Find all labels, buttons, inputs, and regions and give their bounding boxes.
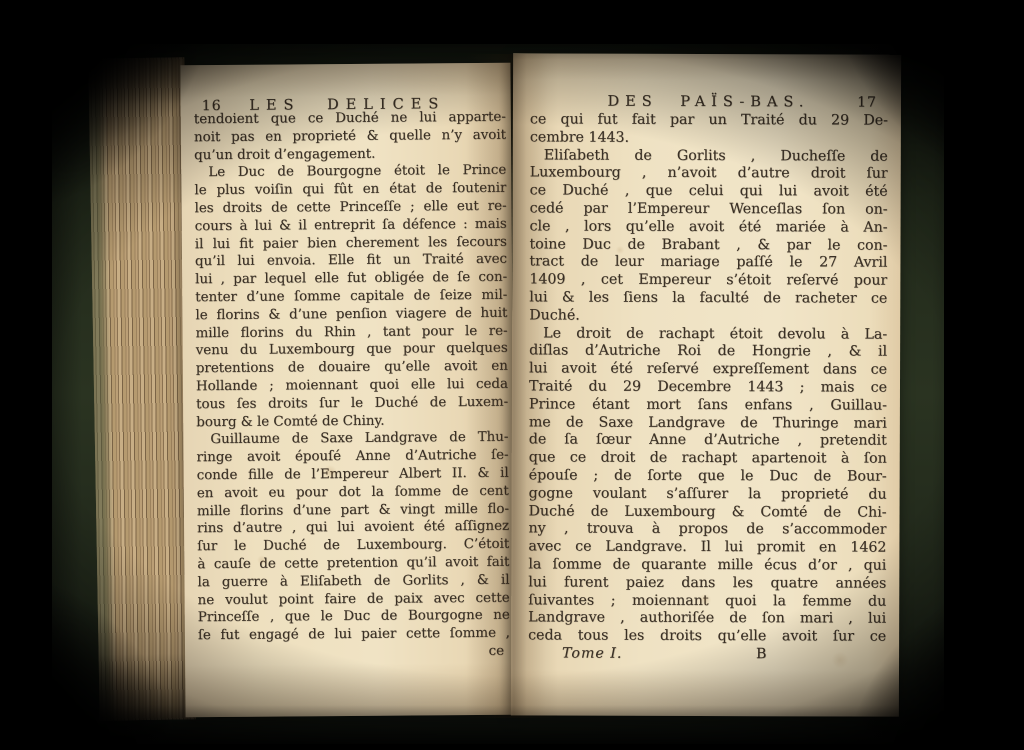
text-line: Luxembourg , n’avoit d’autre droit ſur — [530, 165, 888, 184]
left-page-text: tendoient que ce Duché ne lui apparte-no… — [194, 109, 510, 663]
catchword: ce — [198, 643, 510, 663]
text-line: Le droit de rachapt étoit devolu à La- — [529, 325, 887, 344]
text-line: la ſomme de quarante mille écus d’or , q… — [528, 556, 886, 575]
text-line: ringe avoit épouſé Anne d’Autriche ſe- — [196, 447, 508, 467]
text-line: la guerre à Eliſabeth de Gorlits , & il — [197, 571, 509, 591]
text-line: 1409 , cet Empereur s’étoit reſervé pour — [529, 272, 887, 291]
right-page-text: ce qui fut fait par un Traité du 29 De-c… — [528, 111, 888, 646]
text-line: me de Saxe Landgrave de Thuringe mari — [529, 414, 887, 433]
right-page-number: 17 — [857, 95, 877, 111]
text-line: lui & les ſiens la faculté de racheter c… — [529, 289, 887, 308]
text-line: Eliſabeth de Gorlits , Ducheſſe de — [530, 147, 888, 166]
text-line: cle , lors qu’elle avoit été mariée à An… — [530, 218, 888, 237]
text-line: conde fille de l’Empereur Albert II. & i… — [197, 465, 509, 485]
text-line: cours à lui & il entreprit ſa défence : … — [195, 216, 507, 236]
text-line: avec ce Landgrave. Il lui promit en 1462 — [528, 539, 886, 558]
signature-mark: B — [756, 646, 766, 662]
text-line: ceda tous les droits qu’elle avoit ſur c… — [528, 627, 886, 646]
text-line: tenter d’une ſomme capitale de ſeize mil… — [195, 287, 507, 307]
text-line: diſlas d’Autriche Roi de Hongrie , & il — [529, 343, 887, 362]
text-line: ce Duché , que celui qui lui avoit été — [530, 183, 888, 202]
text-line: Landgrave , authoriſée de ſon mari , lui — [528, 610, 886, 629]
right-page: DES PAÏS-BAS. 17 ce qui fut fait par un … — [511, 53, 901, 716]
text-line: Hollande ; moiennant quoi elle lui ceda — [196, 376, 508, 396]
left-page: 16 LES DELICES tendoient que ce Duché ne… — [180, 63, 515, 718]
text-line: en avoit eu pour dot la ſomme de cent — [197, 482, 509, 502]
text-line: ſe fut engagé de lui paier cette ſomme , — [198, 625, 510, 645]
right-running-title: DES PAÏS-BAS. — [526, 93, 891, 110]
text-line: Prince étant mort ſans enfans , Guillau- — [529, 396, 887, 415]
text-line: toine Duc de Brabant , & par le con- — [529, 236, 887, 255]
text-line: ny , trouva à propos de s’accommoder — [528, 521, 886, 540]
text-line: Traité du 29 Decembre 1443 ; mais ce — [529, 378, 887, 397]
page-block-fore-edge — [88, 57, 196, 721]
text-line: lui furent paiez dans les quatre années — [528, 574, 886, 593]
text-line: cedé par l’Empereur Wenceſlas ſon on- — [530, 200, 888, 219]
text-line: ce qui fut fait par un Traité du 29 De- — [530, 111, 888, 130]
book-photo: 16 LES DELICES tendoient que ce Duché ne… — [0, 0, 1024, 750]
text-line: que ce droit de rachapt apartenoit à ſon — [529, 450, 887, 469]
text-line: cembre 1443. — [530, 129, 888, 148]
volume-label: Tome I. — [562, 645, 622, 661]
text-line: le florins & d’une penſion viagere de hu… — [195, 305, 507, 325]
text-line: lui avoit été reſervé expreſſement dans … — [529, 361, 887, 380]
text-line: noit pas en proprieté & quelle n’y avoit — [194, 127, 506, 147]
text-line: Duché de Luxembourg & Comté de Chi- — [529, 503, 887, 522]
right-page-footer: Tome I. B — [528, 645, 886, 664]
text-line: tract de leur mariage paſſé le 27 Avril — [529, 254, 887, 273]
text-line: ſur le Duché de Luxembourg. C’étoit — [197, 536, 509, 556]
text-line: de ſa ſœur Anne d’Autriche , pretendit — [529, 432, 887, 451]
text-line: épouſe ; de ſorte que le Duc de Bour- — [529, 467, 887, 486]
text-line: les droits de cette Princeſſe ; elle eut… — [195, 198, 507, 218]
text-line: ſuivantes ; moiennant quoi la femme du — [528, 592, 886, 611]
text-line: tous ſes droits ſur le Duché de Luxem- — [196, 393, 508, 413]
text-line: à cauſe de cette pretention qu’il avoit … — [197, 554, 509, 574]
text-line: tendoient que ce Duché ne lui apparte- — [194, 109, 506, 129]
text-line: gogne voulant s’aſſurer la proprieté du — [529, 485, 887, 504]
text-line: Duché. — [529, 307, 887, 326]
